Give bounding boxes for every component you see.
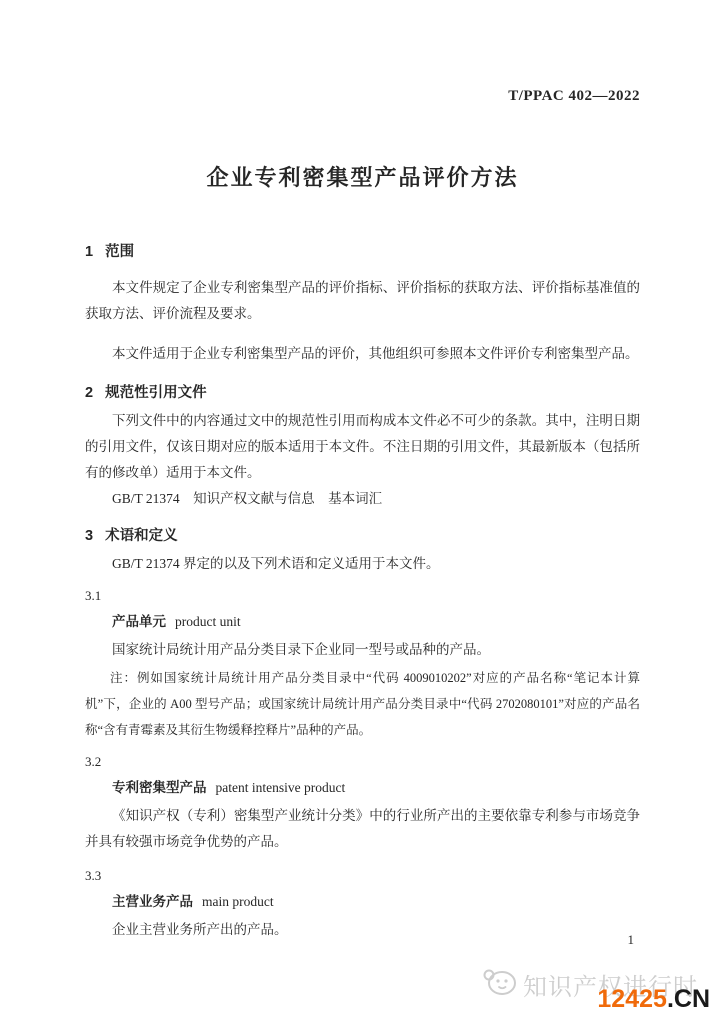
- site-watermark: 知识产权进行时 12425.CN: [514, 962, 714, 1018]
- term-number: 3.2: [85, 751, 640, 773]
- section-number: 2: [85, 385, 93, 401]
- watermark-domain-code: 12425: [597, 985, 667, 1013]
- term-name: 专利密集型产品patent intensive product: [85, 777, 640, 799]
- section-number: 1: [85, 244, 93, 260]
- watermark-logo-icon: [481, 966, 519, 1003]
- section-number: 3: [85, 528, 93, 544]
- section-title: 规范性引用文件: [105, 385, 207, 401]
- watermark-domain-tld: .CN: [667, 985, 710, 1013]
- term-name-cn: 专利密集型产品: [112, 780, 207, 795]
- page-number: 1: [628, 932, 635, 948]
- term-entry: 3.3 主营业务产品main product 企业主营业务所产出的产品。: [85, 865, 640, 943]
- term-name-cn: 主营业务产品: [112, 894, 193, 909]
- section-title: 术语和定义: [105, 528, 178, 544]
- term-name-en: main product: [202, 894, 274, 909]
- term-name-cn: 产品单元: [112, 614, 166, 629]
- term-name: 产品单元product unit: [85, 611, 640, 633]
- section-heading-terms: 3术语和定义: [85, 524, 640, 545]
- term-number: 3.1: [85, 585, 640, 607]
- standard-number: T/PPAC 402—2022: [85, 88, 640, 105]
- term-number: 3.3: [85, 865, 640, 887]
- section-heading-scope: 1范围: [85, 240, 640, 261]
- term-name: 主营业务产品main product: [85, 891, 640, 913]
- normative-paragraph: 下列文件中的内容通过文中的规范性引用而构成本文件必不可少的条款。其中，注明日期的…: [85, 408, 640, 486]
- term-name-en: product unit: [175, 614, 241, 629]
- section-heading-normative-references: 2规范性引用文件: [85, 381, 640, 402]
- term-note: 注：例如国家统计局统计用产品分类目录中“代码 4009010202”对应的产品名…: [85, 665, 640, 743]
- term-definition: 国家统计局统计用产品分类目录下企业同一型号或品种的产品。: [85, 637, 640, 663]
- scope-paragraph-1: 本文件规定了企业专利密集型产品的评价指标、评价指标的获取方法、评价指标基准值的获…: [85, 275, 640, 327]
- term-definition: 《知识产权（专利）密集型产业统计分类》中的行业所产出的主要依靠专利参与市场竞争并…: [85, 803, 640, 855]
- normative-reference-entry: GB/T 21374 知识产权文献与信息 基本词汇: [85, 486, 640, 512]
- document-page: T/PPAC 402—2022 企业专利密集型产品评价方法 1范围 本文件规定了…: [0, 0, 720, 1018]
- terms-intro: GB/T 21374 界定的以及下列术语和定义适用于本文件。: [85, 551, 640, 577]
- scope-paragraph-2: 本文件适用于企业专利密集型产品的评价，其他组织可参照本文件评价专利密集型产品。: [85, 341, 640, 367]
- page-content: T/PPAC 402—2022 企业专利密集型产品评价方法 1范围 本文件规定了…: [85, 0, 640, 943]
- document-title: 企业专利密集型产品评价方法: [85, 161, 640, 192]
- term-entry: 3.2 专利密集型产品patent intensive product 《知识产…: [85, 751, 640, 855]
- section-title: 范围: [105, 244, 134, 260]
- watermark-domain: 12425.CN: [597, 985, 710, 1014]
- term-definition: 企业主营业务所产出的产品。: [85, 917, 640, 943]
- term-name-en: patent intensive product: [216, 780, 346, 795]
- term-entry: 3.1 产品单元product unit 国家统计局统计用产品分类目录下企业同一…: [85, 585, 640, 743]
